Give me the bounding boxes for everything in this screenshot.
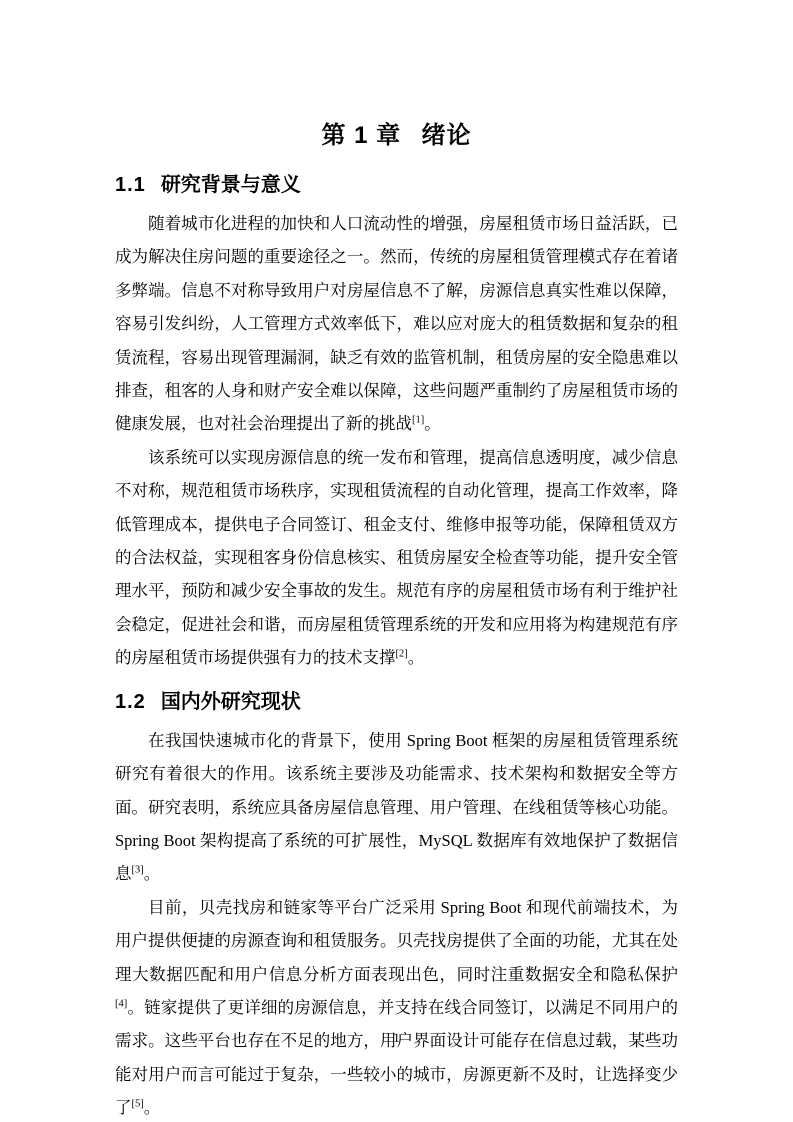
chapter-number: 第 1 章 — [321, 122, 401, 149]
section-heading-1-1: 1.1研究背景与意义 — [115, 171, 678, 199]
chapter-title: 绪论 — [422, 122, 472, 149]
citation-ref: [3] — [132, 865, 144, 876]
citation-ref: [5] — [132, 1099, 144, 1110]
paragraph-significance: 该系统可以实现房源信息的统一发布和管理，提高信息透明度，减少信息不对称，规范租赁… — [115, 441, 678, 675]
paragraph-platform-analysis: 目前，贝壳找房和链家等平台广泛采用 Spring Boot 和现代前端技术，为用… — [115, 891, 678, 1122]
section-number: 1.2 — [115, 691, 146, 713]
document-page: 第 1 章绪论 1.1研究背景与意义 随着城市化进程的加快和人口流动性的增强，房… — [0, 0, 793, 1122]
paragraph-domestic-research: 在我国快速城市化的背景下，使用 Spring Boot 框架的房屋租赁管理系统研… — [115, 724, 678, 891]
section-number: 1.1 — [115, 174, 146, 196]
section-heading-1-2: 1.2国内外研究现状 — [115, 688, 678, 716]
citation-ref: [4] — [115, 998, 127, 1009]
chapter-heading: 第 1 章绪论 — [115, 118, 678, 154]
section-research-background: 1.1研究背景与意义 随着城市化进程的加快和人口流动性的增强，房屋租赁市场日益活… — [115, 171, 678, 675]
citation-ref: [1] — [412, 415, 424, 426]
section-title: 研究背景与意义 — [161, 174, 301, 196]
citation-ref: [2] — [396, 649, 408, 660]
page-number: 1 — [0, 1030, 793, 1046]
paragraph-background: 随着城市化进程的加快和人口流动性的增强，房屋租赁市场日益活跃，已成为解决住房问题… — [115, 207, 678, 441]
section-title: 国内外研究现状 — [161, 691, 301, 713]
section-research-status: 1.2国内外研究现状 在我国快速城市化的背景下，使用 Spring Boot 框… — [115, 688, 678, 1122]
